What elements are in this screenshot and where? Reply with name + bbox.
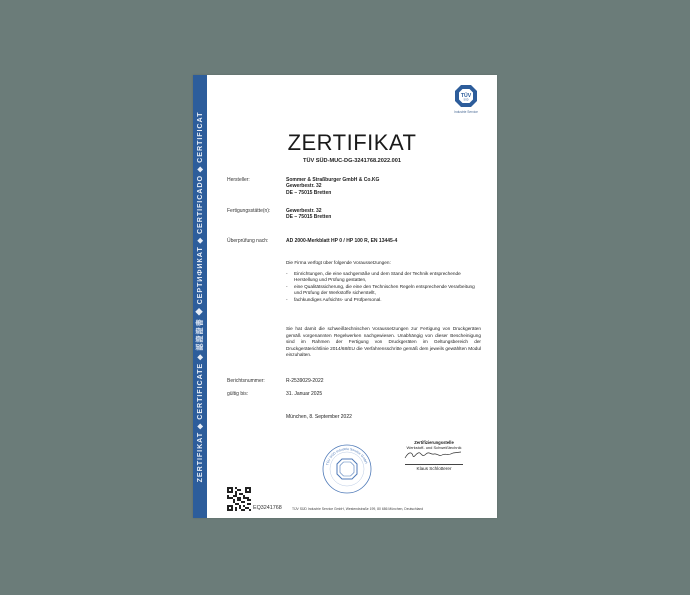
valid-until-value: 31. Januar 2025 — [286, 391, 322, 397]
production-site-label: Fertigungsstätte(n): — [227, 208, 270, 214]
qr-code-id: EQ3241768 — [253, 505, 282, 511]
qr-code[interactable] — [227, 487, 251, 511]
official-stamp: TÜV SÜD Industrie Service GmbH — [321, 443, 373, 500]
tuv-octagon-icon: TÜV SÜD — [454, 84, 478, 108]
inspection-value: AD 2000-Merkblatt HP 0 / HP 100 R, EN 13… — [286, 238, 397, 244]
report-label: Berichtsnummer: — [227, 378, 265, 384]
stamp-seal-icon: TÜV SÜD Industrie Service GmbH — [321, 443, 373, 495]
certificate-document: ZERTIFIKAT ◆ CERTIFICATE ◆ 認證證書 ◆ СЕРТИФ… — [193, 75, 497, 518]
certification-body-block: Zertifizierungsstelle Werkstoff- und Sch… — [389, 440, 479, 471]
tuv-sud-logo: TÜV SÜD Industrie Service — [449, 84, 483, 114]
signature-line — [405, 464, 463, 465]
certificate-title: ZERTIFIKAT — [207, 130, 497, 156]
signature-icon — [403, 449, 463, 461]
prerequisite-item: eine Qualitätssicherung, die eine den Te… — [286, 284, 481, 297]
prerequisites-list: Einrichtungen, die eine sachgemäße und d… — [286, 271, 481, 304]
report-number: R-2539029-2022 — [286, 378, 324, 384]
valid-until-label: gültig bis: — [227, 391, 248, 397]
prerequisites-block: Die Firma verfügt über folgende Vorausse… — [286, 260, 481, 303]
issuer-address-footer: TÜV SÜD Industrie Service GmbH, Westends… — [292, 507, 423, 511]
side-band-text: ZERTIFIKAT ◆ CERTIFICATE ◆ 認證證書 ◆ СЕРТИФ… — [195, 111, 205, 482]
manufacturer-label: Hersteller: — [227, 177, 250, 183]
certificate-number: TÜV SÜD-MUC-DG-3241768.2022.001 — [207, 158, 497, 164]
manufacturer-value: Sommer & Straßburger GmbH & Co.KG Gewerb… — [286, 177, 379, 196]
statement-paragraph: Sie hat damit die schweißtechnischen Vor… — [286, 326, 481, 359]
prerequisite-item: Einrichtungen, die eine sachgemäße und d… — [286, 271, 481, 284]
signatory-name: Klaus Schlotterer — [389, 466, 479, 471]
production-site-value: Gewerbestr. 32 DE – 75015 Bretten — [286, 208, 331, 221]
svg-text:SÜD: SÜD — [463, 99, 468, 102]
multilingual-side-band: ZERTIFIKAT ◆ CERTIFICATE ◆ 認證證書 ◆ СЕРТИФ… — [193, 75, 207, 518]
logo-caption: Industrie Service — [449, 110, 483, 114]
prerequisite-item: fachkundiges Aufsichts- und Prüfpersonal… — [286, 297, 481, 304]
prerequisites-intro: Die Firma verfügt über folgende Vorausse… — [286, 260, 481, 267]
inspection-label: Überprüfung nach: — [227, 238, 268, 244]
place-date: München, 8. September 2022 — [286, 414, 352, 420]
